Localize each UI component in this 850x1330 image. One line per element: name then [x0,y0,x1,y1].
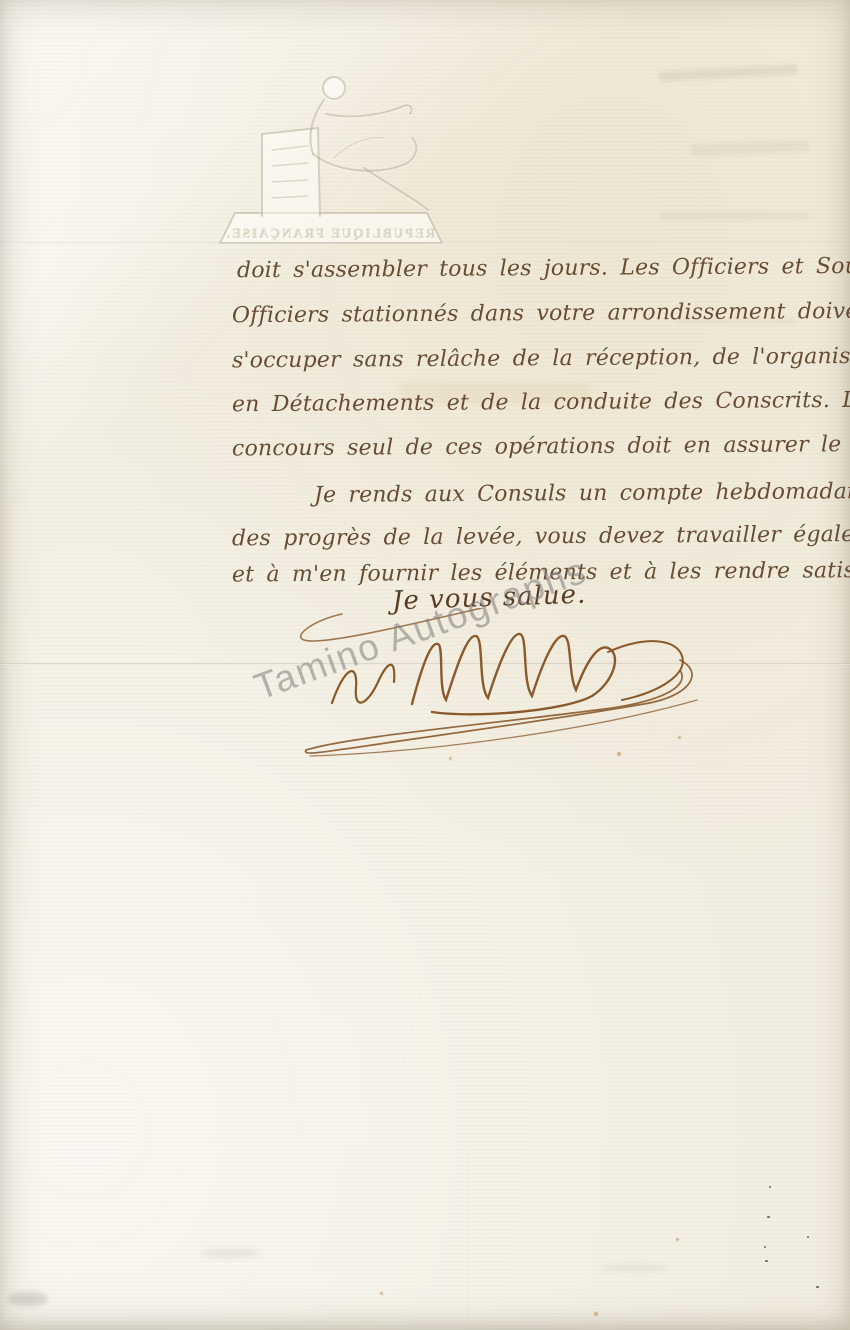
foxing-spot [617,752,621,756]
fold-crease [468,1150,470,1330]
manuscript-line: des progrès de la levée, vous devez trav… [232,522,850,552]
ink-speck [816,1286,819,1288]
ink-speck [769,1186,771,1188]
manuscript-line: en Détachements et de la conduite des Co… [232,388,850,417]
manuscript-line: concours seul de ces opérations doit en … [232,432,850,462]
show-through-ghost [690,140,810,156]
foxing-spot [676,1238,679,1241]
foxing-spot [380,1292,383,1295]
scanned-letter-page: REPUBLIQUE FRANÇAISE. doit s'assembler t… [0,0,850,1330]
manuscript-line: Je rends aux Consuls un compte hebdomada… [314,479,850,508]
foxing-spot [449,757,452,760]
foxing-spot [594,1312,598,1316]
pencil-smudge [600,1264,670,1272]
show-through-ghost [660,212,810,220]
embossed-seal: REPUBLIQUE FRANÇAISE. [214,66,448,248]
show-through-ghost [658,64,798,81]
manuscript-line: doit s'assembler tous les jours. Les Off… [237,254,850,283]
ink-speck [764,1246,766,1248]
seated-liberty-figure-emboss [214,66,448,248]
ink-speck [765,1260,768,1262]
seal-banner-text: REPUBLIQUE FRANÇAISE. [220,226,440,242]
ink-speck [807,1236,809,1238]
manuscript-line: s'occuper sans relâche de la réception, … [232,344,850,374]
ink-speck [767,1216,770,1218]
pencil-smudge [8,1292,48,1306]
signature-scrawl [292,608,722,768]
fold-crease [400,962,431,1079]
foxing-spot [678,736,681,739]
pencil-smudge [200,1248,260,1258]
manuscript-line: Officiers stationnés dans votre arrondis… [232,299,850,329]
